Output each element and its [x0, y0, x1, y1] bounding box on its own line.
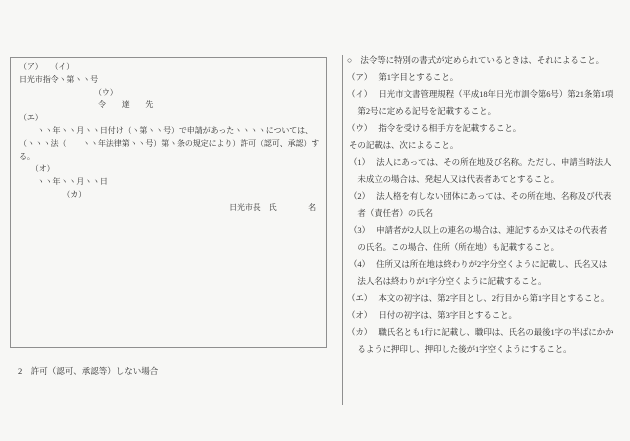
permit-form-sample-box: （ア） （イ） 日光市指令ヽ第ヽヽ号 （ウ） 令 達 先 （エ） ヽヽ年ヽヽ月ヽ… [10, 57, 327, 348]
column-divider [342, 55, 343, 405]
form-line-body-2: （ヽヽヽ法（ ヽヽ年法律第ヽヽ号）第ヽ条の規定により）許可（認可、承認）す [19, 138, 326, 151]
note-line-i-1: （イ） 日光市文書管理規程（平成18年日光市訓令第6号）第21条第1項 [347, 86, 628, 103]
note-line-item1-2: 未成立の場合は、発起人又は代表者あてとすること。 [347, 171, 628, 188]
note-line-e: （エ） 本文の初字は、第2字目とし、2行目から第1字目とすること。 [347, 290, 628, 307]
form-line-directive-number: 日光市指令ヽ第ヽヽ号 [19, 74, 326, 87]
form-line-addressee: 令 達 先 [19, 99, 326, 112]
note-line-ka-2: るように押印し、押印した後が1字空くようにすること。 [347, 341, 628, 358]
note-line-item2-2: 者（責任者）の氏名 [347, 205, 628, 222]
note-line-item4-2: 法人名は終わりが1字分空くように記載すること。 [347, 273, 628, 290]
note-line-item3-1: （3） 申請者が2人以上の連名の場合は、連記するか又はその代表者 [347, 222, 628, 239]
notes-column: ○ 法令等に特別の書式が定められているときは、それによること。 （ア） 第1字目… [347, 52, 628, 358]
note-line-a: （ア） 第1字目とすること。 [347, 69, 628, 86]
form-line-marker-u: （ウ） [19, 87, 326, 100]
note-line-o: （オ） 日付の初字は、第3字目とすること。 [347, 307, 628, 324]
form-line-marker-e: （エ） [19, 112, 326, 125]
note-line-item3-2: の氏名。この場合、住所（所在地）も記載すること。 [347, 239, 628, 256]
form-line-markers-a-i: （ア） （イ） [19, 61, 326, 74]
note-line-item4-1: （4） 住所又は所在地は終わりが2字分空くように記載し、氏名又は [347, 256, 628, 273]
form-line-body-1: ヽヽ年ヽヽ月ヽヽ日付け（ヽ第ヽヽ号）で申請があったヽヽヽヽについては、 [19, 125, 326, 138]
form-line-marker-ka: （カ） [19, 189, 326, 202]
section-caption: 2 許可（認可、承認等）しない場合 [18, 365, 158, 377]
note-line-i-2: 第2号に定める記号を記載すること。 [347, 103, 628, 120]
form-line-date: ヽヽ年ヽヽ月ヽヽ日 [19, 176, 326, 189]
note-line-u-intro: その記載は、次によること。 [347, 137, 628, 154]
note-line-u: （ウ） 指令を受ける相手方を記載すること。 [347, 120, 628, 137]
note-line-general: ○ 法令等に特別の書式が定められているときは、それによること。 [347, 52, 628, 69]
note-line-ka-1: （カ） 職氏名とも1行に記載し、職印は、氏名の最後1字の半ばにかか [347, 324, 628, 341]
form-line-marker-o: （オ） [19, 163, 326, 176]
form-line-body-3: る。 [19, 151, 326, 164]
note-line-item1-1: （1） 法人にあっては、その所在地及び名称。ただし、申請当時法人 [347, 154, 628, 171]
mayor-signature-line: 日光市長 氏 名 [19, 202, 326, 215]
note-line-item2-1: （2） 法人格を有しない団体にあっては、その所在地、名称及び代表 [347, 188, 628, 205]
document-page: （ア） （イ） 日光市指令ヽ第ヽヽ号 （ウ） 令 達 先 （エ） ヽヽ年ヽヽ月ヽ… [0, 0, 630, 441]
